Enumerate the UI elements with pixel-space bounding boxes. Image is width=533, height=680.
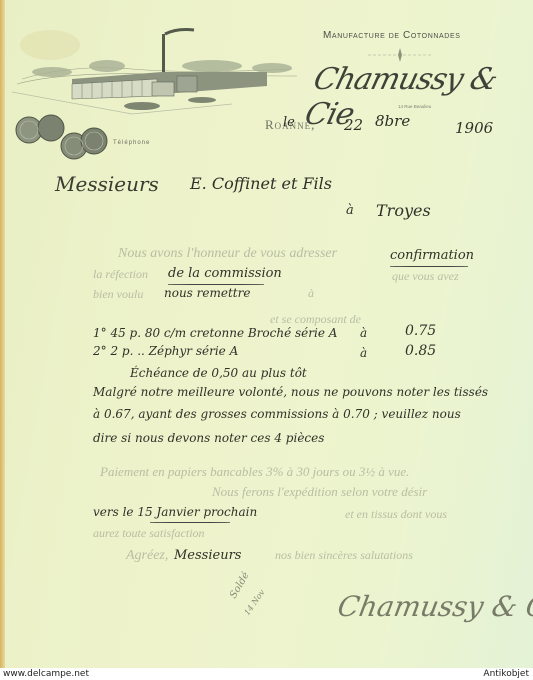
order-item-2: 2° 2 p. .. Zéphyr série A: [93, 344, 238, 358]
printer-mark: (illegible printer mark): [14, 482, 19, 520]
payment-terms: Paiement en papiers bancables 3% à 30 jo…: [100, 464, 409, 480]
exhibition-medals-icon: [14, 114, 114, 164]
order-item-2-price: 0.85: [405, 343, 436, 359]
paper-edge: [0, 0, 5, 668]
letter-paper: (illegible exhibition medal text) Téléph…: [0, 0, 533, 668]
factory-engraving-icon: [12, 24, 302, 124]
closing-messieurs: Messieurs: [174, 548, 241, 563]
margin-annotation-2: 14 Nov: [243, 588, 267, 617]
shipping-printed: Nous ferons l'expédition selon votre dés…: [212, 484, 427, 500]
firm-name: Chamussy & Cie: [301, 62, 533, 132]
printed-line2: la réfection: [93, 267, 148, 282]
recipient-place: Troyes: [376, 201, 431, 220]
date-day: 22: [344, 116, 363, 134]
printed-line3: bien voulu: [93, 287, 143, 302]
printed-line2-end: que vous avez: [392, 269, 459, 284]
recipient-name: E. Coffinet et Fils: [190, 174, 332, 193]
handwritten-para-line-2: à 0.67, ayant des grosses commissions à …: [93, 407, 461, 421]
closing-salutations: nos bien sincères salutations: [275, 548, 413, 563]
order-item-2-price-prefix: à: [360, 346, 367, 360]
handwritten-intro: confirmation: [390, 248, 474, 263]
company-address: 14 Rue Beaulieu: [398, 104, 431, 109]
date-month: 8bre: [375, 112, 410, 130]
order-item-1: 1° 45 p. 80 c/m cretonne Broché série A: [93, 326, 337, 340]
printed-line4: et se composant de: [270, 312, 361, 327]
watermark-right: Antikobjet: [483, 669, 529, 679]
closing-agreez: Agréez,: [126, 548, 168, 564]
printed-intro: Nous avons l'honneur de vous adresser: [118, 246, 337, 262]
handwritten-line3: nous remettre: [164, 286, 250, 300]
handwritten-para-line-1: Malgré notre meilleure volonté, nous ne …: [93, 385, 488, 399]
handwritten-line2: de la commission: [168, 266, 282, 281]
watermark-left: www.delcampe.net: [3, 669, 89, 679]
order-item-1-price-prefix: à: [360, 326, 367, 340]
telephone-label: Téléphone: [113, 140, 150, 146]
margin-annotation-1: Soldé: [228, 570, 252, 600]
shipping-underline: [150, 522, 230, 523]
date-year: 1906: [455, 119, 493, 137]
confirmation-underline: [390, 266, 468, 267]
printed-line3-end: à: [308, 286, 314, 301]
satisfaction-line: aurez toute satisfaction: [93, 526, 205, 541]
delivery-note: Échéance de 0,50 au plus tôt: [130, 366, 307, 380]
shipping-printed-end: et en tissus dont vous: [345, 507, 447, 522]
handwritten-para-line-3: dire si nous devons noter ces 4 pièces: [93, 431, 324, 445]
shipping-handwritten: vers le 15 Janvier prochain: [93, 505, 257, 519]
commission-underline: [168, 284, 264, 285]
order-item-1-price: 0.75: [405, 323, 436, 339]
recipient-place-prefix: à: [346, 203, 354, 218]
company-tagline: Manufacture de Cotonnades: [323, 30, 461, 41]
signature: Chamussy & Cie: [335, 590, 533, 623]
date-le: le: [283, 115, 295, 130]
ornament-divider-icon: [366, 47, 434, 63]
medal-caption: (illegible exhibition medal text): [14, 148, 50, 156]
salutation: Messieurs: [55, 172, 159, 196]
